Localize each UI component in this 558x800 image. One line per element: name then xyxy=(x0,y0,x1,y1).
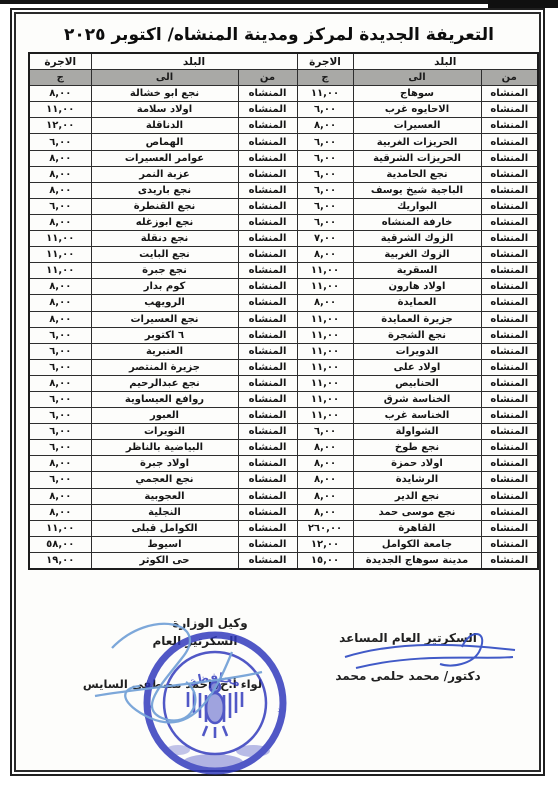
table-row: المنشاهالحريزات الشرقية٦,٠٠المنشاهعوامر … xyxy=(29,150,538,166)
fare-group-header-left: الاجرة xyxy=(29,53,91,70)
fare-cell-left: ٦,٠٠ xyxy=(29,134,91,150)
to-cell-right: نجع الحامدية xyxy=(353,166,481,182)
fare-unit-header-right: ج xyxy=(297,70,353,86)
from-cell-left: المنشاه xyxy=(238,311,297,327)
fare-cell-right: ١١,٠٠ xyxy=(297,279,353,295)
from-cell-left: المنشاه xyxy=(238,182,297,198)
fare-cell-right: ٨,٠٠ xyxy=(297,456,353,472)
to-cell-left: نجع العسيرات xyxy=(91,311,238,327)
table-row: المنشاهنجع الحامدية٦,٠٠المنشاهعزبة النمر… xyxy=(29,166,538,182)
country-group-header-right: البلد xyxy=(353,53,538,70)
to-cell-right: نجع الشجرة xyxy=(353,327,481,343)
fare-unit-header-left: ج xyxy=(29,70,91,86)
fare-table-body: المنشاهسوهاج١١,٠٠المنشاهنجع ابو خشالة٨,٠… xyxy=(29,86,538,569)
fare-cell-right: ٢٦٠,٠٠ xyxy=(297,520,353,536)
from-cell-left: المنشاه xyxy=(238,504,297,520)
to-cell-right: الحنابيص xyxy=(353,375,481,391)
fare-cell-left: ٨,٠٠ xyxy=(29,504,91,520)
page-title: التعريفة الجديدة لمركز ومدينة المنشاه/ ا… xyxy=(0,25,558,45)
to-cell-right: الشواولة xyxy=(353,424,481,440)
from-cell-right: المنشاه xyxy=(481,198,538,214)
fare-cell-right: ٦,٠٠ xyxy=(297,198,353,214)
from-header-left: من xyxy=(238,70,297,86)
fare-cell-left: ١٩,٠٠ xyxy=(29,552,91,569)
fare-cell-right: ١١,٠٠ xyxy=(297,375,353,391)
to-cell-left: نجع عبدالرحيم xyxy=(91,375,238,391)
to-cell-right: الدويرات xyxy=(353,343,481,359)
table-row: المنشاهالزوك الغربية٨,٠٠المنشاهنجع الباي… xyxy=(29,247,538,263)
fare-cell-left: ١٢,٠٠ xyxy=(29,118,91,134)
to-cell-right: نجع موسى حمد xyxy=(353,504,481,520)
fare-cell-left: ٦,٠٠ xyxy=(29,327,91,343)
to-cell-left: نجع دنقلة xyxy=(91,231,238,247)
from-cell-left: المنشاه xyxy=(238,488,297,504)
fare-cell-right: ١١,٠٠ xyxy=(297,391,353,407)
from-cell-right: المنشاه xyxy=(481,456,538,472)
fare-cell-right: ١١,٠٠ xyxy=(297,263,353,279)
from-cell-right: المنشاه xyxy=(481,86,538,102)
fare-cell-left: ١١,٠٠ xyxy=(29,520,91,536)
from-cell-left: المنشاه xyxy=(238,359,297,375)
to-cell-left: العنبرية xyxy=(91,343,238,359)
from-cell-right: المنشاه xyxy=(481,488,538,504)
from-cell-right: المنشاه xyxy=(481,295,538,311)
table-row: المنشاهنجع موسى حمد٨,٠٠المنشاهالنجلية٨,٠… xyxy=(29,504,538,520)
fare-cell-left: ٨,٠٠ xyxy=(29,182,91,198)
to-cell-left: الكوامل قبلى xyxy=(91,520,238,536)
table-row: المنشاهنجع الشجرة١١,٠٠المنشاه٦ اكتوبر٦,٠… xyxy=(29,327,538,343)
to-cell-right: نجع طوخ xyxy=(353,440,481,456)
to-cell-left: عوامر العسيرات xyxy=(91,150,238,166)
to-cell-right: القاهرة xyxy=(353,520,481,536)
to-cell-right: نجع الدير xyxy=(353,488,481,504)
from-cell-left: المنشاه xyxy=(238,247,297,263)
to-cell-left: اولاد سلامة xyxy=(91,102,238,118)
from-cell-left: المنشاه xyxy=(238,263,297,279)
to-cell-left: الدناقلة xyxy=(91,118,238,134)
fare-cell-right: ٦,٠٠ xyxy=(297,182,353,198)
from-cell-right: المنشاه xyxy=(481,520,538,536)
to-cell-left: اسيوط xyxy=(91,536,238,552)
fare-cell-left: ٨,٠٠ xyxy=(29,86,91,102)
fare-cell-left: ٨,٠٠ xyxy=(29,279,91,295)
to-cell-left: النويرات xyxy=(91,424,238,440)
fare-cell-left: ٦,٠٠ xyxy=(29,343,91,359)
from-cell-left: المنشاه xyxy=(238,86,297,102)
fare-cell-left: ٦,٠٠ xyxy=(29,472,91,488)
from-cell-right: المنشاه xyxy=(481,231,538,247)
to-cell-right: الحريزات الغربية xyxy=(353,134,481,150)
from-cell-left: المنشاه xyxy=(238,102,297,118)
from-cell-right: المنشاه xyxy=(481,214,538,230)
fare-cell-left: ٦,٠٠ xyxy=(29,391,91,407)
to-cell-right: جامعة الكوامل xyxy=(353,536,481,552)
from-cell-left: المنشاه xyxy=(238,231,297,247)
table-row: المنشاهالخناسة غرب١١,٠٠المنشاهالعبور٦,٠٠ xyxy=(29,408,538,424)
to-cell-left: العجوبية xyxy=(91,488,238,504)
table-row: المنشاهخارفة المنشاه٦,٠٠المنشاهنجع ابوزغ… xyxy=(29,214,538,230)
from-cell-left: المنشاه xyxy=(238,408,297,424)
deputy-minister-title-line1: وكيل الوزارة xyxy=(150,616,270,630)
from-cell-left: المنشاه xyxy=(238,134,297,150)
table-row: المنشاهالحنابيص١١,٠٠المنشاهنجع عبدالرحيم… xyxy=(29,375,538,391)
to-cell-right: العمايدة xyxy=(353,295,481,311)
assistant-secretary-name: دكتور/ محمد حلمى محمد xyxy=(298,669,518,683)
to-cell-right: الزوك الشرقية xyxy=(353,231,481,247)
table-row: المنشاهالاحايوه غرب٦,٠٠المنشاهاولاد سلام… xyxy=(29,102,538,118)
table-row: المنشاهالدويرات١١,٠٠المنشاهالعنبرية٦,٠٠ xyxy=(29,343,538,359)
fare-cell-right: ٦,٠٠ xyxy=(297,214,353,230)
country-group-header-left: البلد xyxy=(91,53,297,70)
from-cell-right: المنشاه xyxy=(481,182,538,198)
table-row: المنشاهالشواولة٦,٠٠المنشاهالنويرات٦,٠٠ xyxy=(29,424,538,440)
assistant-secretary-title: السكرتير العام المساعد xyxy=(298,631,518,645)
from-cell-left: المنشاه xyxy=(238,391,297,407)
from-cell-left: المنشاه xyxy=(238,150,297,166)
fare-cell-left: ٨,٠٠ xyxy=(29,214,91,230)
to-cell-right: الرشايدة xyxy=(353,472,481,488)
to-cell-left: جزيرة المنتصر xyxy=(91,359,238,375)
from-cell-right: المنشاه xyxy=(481,472,538,488)
from-cell-right: المنشاه xyxy=(481,504,538,520)
fare-cell-right: ٨,٠٠ xyxy=(297,440,353,456)
fare-cell-right: ١١,٠٠ xyxy=(297,327,353,343)
group-header-row: البلد الاجرة البلد الاجرة xyxy=(29,53,538,70)
to-cell-left: نجع القنطرة xyxy=(91,198,238,214)
to-cell-right: اولاد على xyxy=(353,359,481,375)
to-cell-left: نجع ابو خشالة xyxy=(91,86,238,102)
to-header-left: الى xyxy=(91,70,238,86)
from-cell-left: المنشاه xyxy=(238,440,297,456)
to-cell-right: الزوك الغربية xyxy=(353,247,481,263)
table-row: المنشاهجامعة الكوامل١٢,٠٠المنشاهاسيوط٥٨,… xyxy=(29,536,538,552)
to-cell-left: حى الكوثر xyxy=(91,552,238,569)
table-row: المنشاهالزوك الشرقية٧,٠٠المنشاهنجع دنقلة… xyxy=(29,231,538,247)
fare-cell-right: ٧,٠٠ xyxy=(297,231,353,247)
fare-group-header-right: الاجرة xyxy=(297,53,353,70)
table-row: المنشاهالرشايدة٨,٠٠المنشاهنجع العجمي٦,٠٠ xyxy=(29,472,538,488)
from-cell-right: المنشاه xyxy=(481,375,538,391)
fare-cell-right: ١٥,٠٠ xyxy=(297,552,353,569)
to-cell-right: مدينة سوهاج الجديدة xyxy=(353,552,481,569)
from-cell-right: المنشاه xyxy=(481,343,538,359)
from-header-right: من xyxy=(481,70,538,86)
fare-cell-right: ٨,٠٠ xyxy=(297,488,353,504)
sub-header-row: من الى ج من الى ج xyxy=(29,70,538,86)
table-row: المنشاهالعسيرات٨,٠٠المنشاهالدناقلة١٢,٠٠ xyxy=(29,118,538,134)
fare-cell-left: ٦,٠٠ xyxy=(29,359,91,375)
to-cell-left: عزبة النمر xyxy=(91,166,238,182)
to-cell-left: نجع العجمي xyxy=(91,472,238,488)
to-cell-right: جزيرة العمايدة xyxy=(353,311,481,327)
table-row: المنشاهالسقرية١١,٠٠المنشاهنجع جبرة١١,٠٠ xyxy=(29,263,538,279)
from-cell-right: المنشاه xyxy=(481,359,538,375)
fare-cell-right: ١١,٠٠ xyxy=(297,408,353,424)
from-cell-left: المنشاه xyxy=(238,343,297,359)
table-row: المنشاهالباجية شيخ يوسف٦,٠٠المنشاهنجع با… xyxy=(29,182,538,198)
to-cell-left: البياضية بالناظر xyxy=(91,440,238,456)
from-cell-right: المنشاه xyxy=(481,424,538,440)
from-cell-right: المنشاه xyxy=(481,279,538,295)
from-cell-right: المنشاه xyxy=(481,134,538,150)
fare-cell-left: ١١,٠٠ xyxy=(29,231,91,247)
table-row: المنشاهالبواريك٦,٠٠المنشاهنجع القنطرة٦,٠… xyxy=(29,198,538,214)
fare-cell-right: ٦,٠٠ xyxy=(297,150,353,166)
table-row: المنشاهالخناسة شرق١١,٠٠المنشاهروافع العي… xyxy=(29,391,538,407)
from-cell-left: المنشاه xyxy=(238,295,297,311)
to-cell-right: البواريك xyxy=(353,198,481,214)
from-cell-right: المنشاه xyxy=(481,311,538,327)
table-row: المنشاهنجع طوخ٨,٠٠المنشاهالبياضية بالناظ… xyxy=(29,440,538,456)
fare-cell-left: ٨,٠٠ xyxy=(29,166,91,182)
from-cell-left: المنشاه xyxy=(238,520,297,536)
scan-edge-artifact xyxy=(0,0,558,4)
fare-cell-right: ١١,٠٠ xyxy=(297,311,353,327)
from-cell-right: المنشاه xyxy=(481,408,538,424)
fare-cell-right: ١٢,٠٠ xyxy=(297,536,353,552)
from-cell-right: المنشاه xyxy=(481,166,538,182)
to-cell-right: الاحايوه غرب xyxy=(353,102,481,118)
to-cell-left: ٦ اكتوبر xyxy=(91,327,238,343)
to-cell-right: الخناسة غرب xyxy=(353,408,481,424)
to-cell-left: كوم بدار xyxy=(91,279,238,295)
table-row: المنشاهالعمايدة٨,٠٠المنشاهالرويهب٨,٠٠ xyxy=(29,295,538,311)
from-cell-left: المنشاه xyxy=(238,118,297,134)
fare-cell-right: ٨,٠٠ xyxy=(297,472,353,488)
deputy-minister-name: لواء أ.ح/ احمد مصطفى السايس xyxy=(60,677,285,691)
fare-cell-left: ٥٨,٠٠ xyxy=(29,536,91,552)
to-cell-left: نجع باريدى xyxy=(91,182,238,198)
table-row: المنشاهمدينة سوهاج الجديدة١٥,٠٠المنشاهحى… xyxy=(29,552,538,569)
fare-table-header: البلد الاجرة البلد الاجرة من الى ج من ال… xyxy=(29,53,538,86)
to-cell-left: اولاد جبرة xyxy=(91,456,238,472)
to-cell-left: نجع البايت xyxy=(91,247,238,263)
fare-cell-right: ٨,٠٠ xyxy=(297,118,353,134)
scan-edge-artifact-corner xyxy=(488,0,558,8)
to-cell-right: الخناسة شرق xyxy=(353,391,481,407)
to-cell-left: روافع العيساوية xyxy=(91,391,238,407)
to-cell-left: نجع ابوزغله xyxy=(91,214,238,230)
table-row: المنشاهنجع الدير٨,٠٠المنشاهالعجوبية٨,٠٠ xyxy=(29,488,538,504)
fare-cell-left: ٦,٠٠ xyxy=(29,424,91,440)
from-cell-right: المنشاه xyxy=(481,327,538,343)
to-header-right: الى xyxy=(353,70,481,86)
fare-cell-right: ٦,٠٠ xyxy=(297,102,353,118)
fare-cell-left: ٦,٠٠ xyxy=(29,440,91,456)
from-cell-right: المنشاه xyxy=(481,391,538,407)
fare-cell-left: ٦,٠٠ xyxy=(29,198,91,214)
to-cell-right: الباجية شيخ يوسف xyxy=(353,182,481,198)
to-cell-left: نجع جبرة xyxy=(91,263,238,279)
to-cell-right: السقرية xyxy=(353,263,481,279)
deputy-minister-title-line2: السكرتير العام xyxy=(135,634,255,648)
table-row: المنشاهاولاد على١١,٠٠المنشاهجزيرة المنتص… xyxy=(29,359,538,375)
table-row: المنشاهجزيرة العمايدة١١,٠٠المنشاهنجع الع… xyxy=(29,311,538,327)
fare-cell-left: ٨,٠٠ xyxy=(29,295,91,311)
table-row: المنشاهالحريزات الغربية٦,٠٠المنشاهالهماص… xyxy=(29,134,538,150)
table-row: المنشاهاولاد حمزة٨,٠٠المنشاهاولاد جبرة٨,… xyxy=(29,456,538,472)
fare-table: البلد الاجرة البلد الاجرة من الى ج من ال… xyxy=(28,52,539,570)
fare-cell-left: ٨,٠٠ xyxy=(29,311,91,327)
from-cell-right: المنشاه xyxy=(481,440,538,456)
to-cell-left: الرويهب xyxy=(91,295,238,311)
to-cell-right: الحريزات الشرقية xyxy=(353,150,481,166)
fare-cell-left: ١١,٠٠ xyxy=(29,247,91,263)
from-cell-right: المنشاه xyxy=(481,102,538,118)
from-cell-left: المنشاه xyxy=(238,375,297,391)
from-cell-left: المنشاه xyxy=(238,214,297,230)
fare-cell-right: ٦,٠٠ xyxy=(297,134,353,150)
from-cell-left: المنشاه xyxy=(238,327,297,343)
from-cell-left: المنشاه xyxy=(238,166,297,182)
from-cell-left: المنشاه xyxy=(238,456,297,472)
fare-cell-right: ١١,٠٠ xyxy=(297,359,353,375)
fare-cell-left: ٨,٠٠ xyxy=(29,488,91,504)
table-row: المنشاهاولاد هارون١١,٠٠المنشاهكوم بدار٨,… xyxy=(29,279,538,295)
from-cell-right: المنشاه xyxy=(481,150,538,166)
fare-cell-left: ٦,٠٠ xyxy=(29,408,91,424)
to-cell-right: خارفة المنشاه xyxy=(353,214,481,230)
fare-cell-left: ٨,٠٠ xyxy=(29,150,91,166)
fare-cell-right: ٨,٠٠ xyxy=(297,295,353,311)
from-cell-right: المنشاه xyxy=(481,552,538,569)
fare-cell-left: ٨,٠٠ xyxy=(29,456,91,472)
table-row: المنشاهسوهاج١١,٠٠المنشاهنجع ابو خشالة٨,٠… xyxy=(29,86,538,102)
from-cell-right: المنشاه xyxy=(481,247,538,263)
fare-cell-right: ٨,٠٠ xyxy=(297,504,353,520)
to-cell-right: اولاد حمزة xyxy=(353,456,481,472)
fare-cell-right: ١١,٠٠ xyxy=(297,343,353,359)
from-cell-left: المنشاه xyxy=(238,472,297,488)
table-row: المنشاهالقاهرة٢٦٠,٠٠المنشاهالكوامل قبلى١… xyxy=(29,520,538,536)
to-cell-right: العسيرات xyxy=(353,118,481,134)
from-cell-left: المنشاه xyxy=(238,536,297,552)
to-cell-right: اولاد هارون xyxy=(353,279,481,295)
fare-cell-right: ١١,٠٠ xyxy=(297,86,353,102)
from-cell-left: المنشاه xyxy=(238,424,297,440)
fare-cell-right: ٦,٠٠ xyxy=(297,424,353,440)
to-cell-left: النجلية xyxy=(91,504,238,520)
from-cell-left: المنشاه xyxy=(238,552,297,569)
from-cell-right: المنشاه xyxy=(481,536,538,552)
to-cell-left: الهماص xyxy=(91,134,238,150)
from-cell-left: المنشاه xyxy=(238,279,297,295)
fare-cell-left: ١١,٠٠ xyxy=(29,263,91,279)
fare-cell-right: ٨,٠٠ xyxy=(297,247,353,263)
scanned-document-page: { "document": { "title": "التعريفة الجدي… xyxy=(0,0,558,800)
from-cell-right: المنشاه xyxy=(481,118,538,134)
fare-cell-left: ١١,٠٠ xyxy=(29,102,91,118)
fare-cell-left: ٨,٠٠ xyxy=(29,375,91,391)
from-cell-left: المنشاه xyxy=(238,198,297,214)
fare-cell-right: ٦,٠٠ xyxy=(297,166,353,182)
to-cell-right: سوهاج xyxy=(353,86,481,102)
to-cell-left: العبور xyxy=(91,408,238,424)
from-cell-right: المنشاه xyxy=(481,263,538,279)
